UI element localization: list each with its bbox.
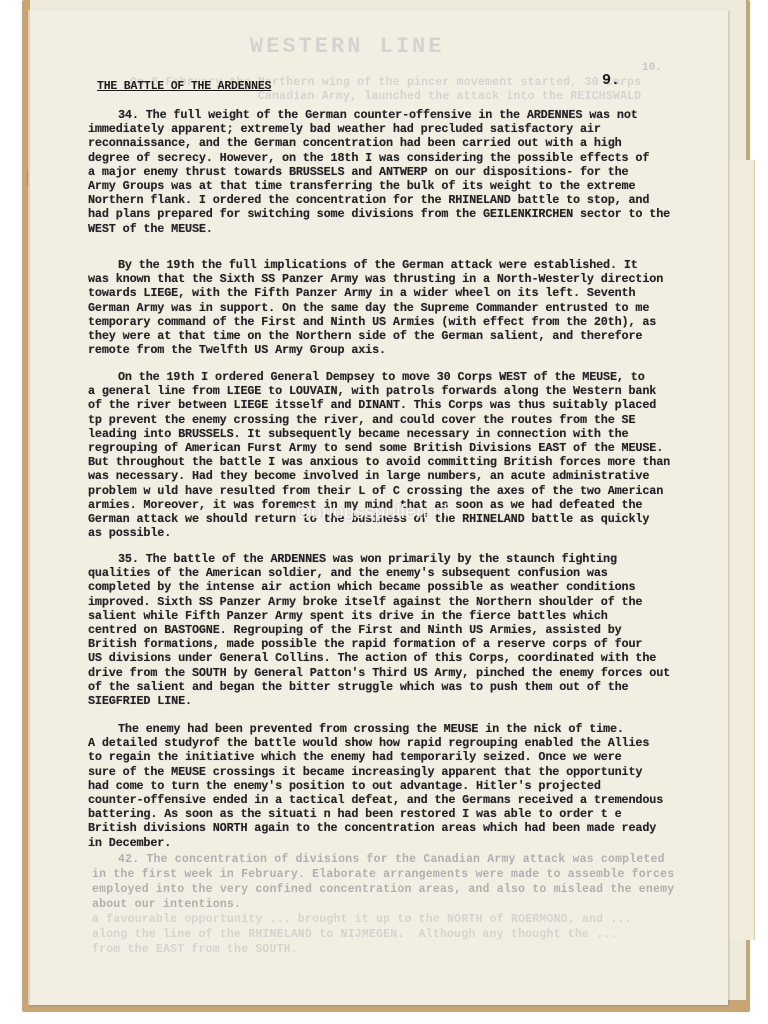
text-line: improved. Sixth SS Panzer Army broke its… <box>88 595 700 609</box>
text-line: WEST of the MEUSE. <box>88 222 700 236</box>
text-line: a general line from LIEGE to LOUVAIN, wi… <box>88 384 700 398</box>
bleed-line: along the line of the RHINELAND to NIJME… <box>92 928 617 942</box>
text-line: salient while Fifth Panzer Army spent it… <box>88 609 700 623</box>
text-line: reconnaissance, and the German concentra… <box>88 136 700 150</box>
paragraph-35: 35. The battle of the ARDENNES was won p… <box>88 552 700 708</box>
text-line: was necessary. Had they become involved … <box>88 469 700 483</box>
text-line: tp prevent the enemy crossing the river,… <box>88 413 700 427</box>
bleed-page-number: 10. <box>642 62 662 74</box>
text-line: 34. The full weight of the German counte… <box>88 108 700 122</box>
bleed-line: a favourable opportunity ... brought it … <box>92 913 632 927</box>
paragraph-34-second: By the 19th the full implications of the… <box>88 258 700 357</box>
text-line: British divisions NORTH again to the con… <box>88 821 700 835</box>
text-line: temporary command of the First and Ninth… <box>88 315 700 329</box>
text-line: centred on BASTOGNE. Regrouping of the F… <box>88 623 700 637</box>
text-line: as possible. <box>88 526 700 540</box>
watermark: Oorlogsspullen.nl <box>296 502 448 524</box>
text-line: Army Groups was at that time transferrin… <box>88 179 700 193</box>
text-line: degree of secrecy. However, on the 18th … <box>88 151 700 165</box>
text-line: drive from the SOUTH by General Patton's… <box>88 666 700 680</box>
bleed-title: WESTERN LINE <box>250 40 444 54</box>
bleed-line: about our intentions. <box>92 898 241 912</box>
text-line: The enemy had been prevented from crossi… <box>88 722 700 736</box>
text-line: SIEGFRIED LINE. <box>88 694 700 708</box>
text-line: was known that the Sixth SS Panzer Army … <box>88 272 700 286</box>
side-sheet-edge <box>726 160 755 940</box>
bleed-line: employed into the very confined concentr… <box>92 883 674 897</box>
text-line: counter-offensive ended in a tactical de… <box>88 793 700 807</box>
text-line: they were at that time on the Northern s… <box>88 329 700 343</box>
text-line: battering. As soon as the situati n had … <box>88 807 700 821</box>
text-line: But throughout the battle I was anxious … <box>88 455 700 469</box>
text-line: in December. <box>88 836 700 850</box>
text-line: remote from the Twelfth US Army Group ax… <box>88 343 700 357</box>
text-line: towards LIEGE, with the Fifth Panzer Arm… <box>88 286 700 300</box>
text-line: immediately apparent; extremely bad weat… <box>88 122 700 136</box>
text-line: A detailed studyrof the battle would sho… <box>88 736 700 750</box>
paragraph-34: 34. The full weight of the German counte… <box>88 108 700 236</box>
text-line: German Army was in support. On the same … <box>88 301 700 315</box>
text-line: British formations, made possible the ra… <box>88 637 700 651</box>
text-line: of the salient and began the bitter stru… <box>88 680 700 694</box>
text-line: regrouping of American Furst Army to sen… <box>88 441 700 455</box>
text-line: qualities of the American soldier, and t… <box>88 566 700 580</box>
text-line: had plans prepared for switching some di… <box>88 207 700 221</box>
bleed-line: from the EAST from the SOUTH. <box>92 943 298 957</box>
text-line: sure of the MEUSE crossings it became in… <box>88 765 700 779</box>
paragraph-35-second: The enemy had been prevented from crossi… <box>88 722 700 850</box>
text-line: problem w uld have resulted from their L… <box>88 484 700 498</box>
bleed-line: 42. The concentration of divisions for t… <box>118 853 665 867</box>
text-line: of the river between LIEGE itsself and D… <box>88 398 700 412</box>
text-line: completed by the intense air action whic… <box>88 580 700 594</box>
text-line: By the 19th the full implications of the… <box>88 258 700 272</box>
text-line: US divisions under General Collins. The … <box>88 651 700 665</box>
page-number: 9. <box>602 72 620 89</box>
text-line: a major enemy thrust towards BRUSSELS an… <box>88 165 700 179</box>
text-line: On the 19th I ordered General Dempsey to… <box>88 370 700 384</box>
text-line: leading into BRUSSELS. It subsequently b… <box>88 427 700 441</box>
bleed-line: in the first week in February. Elaborate… <box>92 868 674 882</box>
section-heading: THE BATTLE OF THE ARDENNES <box>97 80 271 93</box>
text-line: 35. The battle of the ARDENNES was won p… <box>88 552 700 566</box>
text-line: had come to turn the enemy's position to… <box>88 779 700 793</box>
text-line: Northern flank. I ordered the concentrat… <box>88 193 700 207</box>
text-line: to regain the initiative which the enemy… <box>88 750 700 764</box>
